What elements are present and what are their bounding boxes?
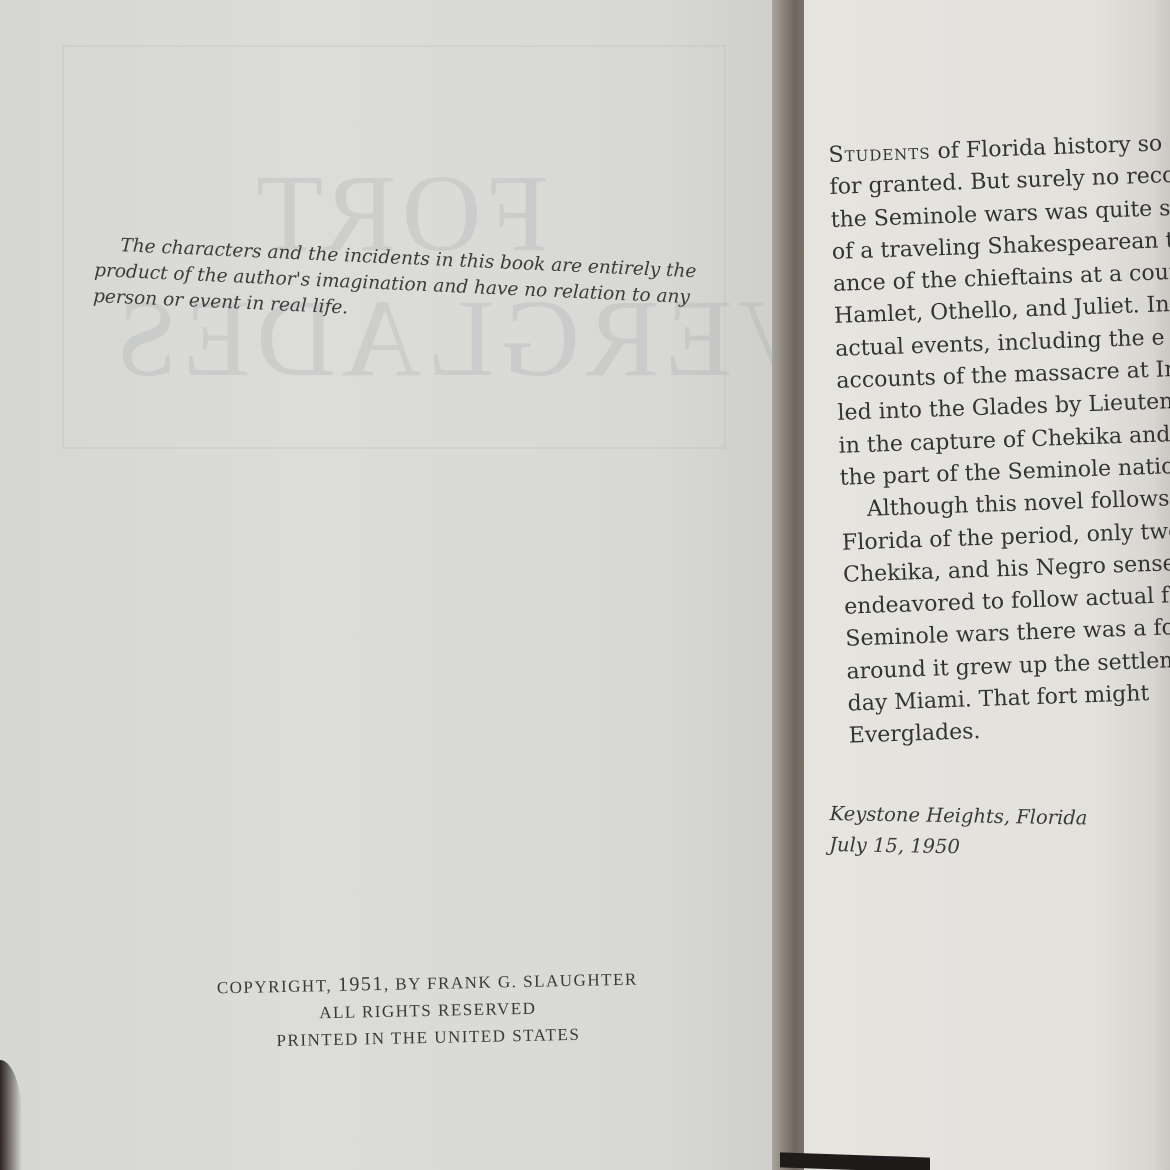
signature-date: July 15, 1950 [829, 829, 1159, 866]
right-page-content: Students of Florida history so for grant… [804, 0, 1170, 1170]
page-edge-shadow [0, 1060, 22, 1170]
copyright-prefix: COPYRIGHT, [217, 976, 338, 998]
copyright-block: COPYRIGHT, 1951, BY FRANK G. SLAUGHTER A… [212, 965, 644, 1055]
preface-text: Students of Florida history so for grant… [828, 120, 1170, 753]
copyright-year: 1951 [338, 973, 384, 996]
preface-lead-word: Students [828, 139, 931, 168]
book-gutter [772, 0, 804, 1170]
copyright-author: , BY FRANK G. SLAUGHTER [384, 970, 638, 994]
preface-signature: Keystone Heights, Florida July 15, 1950 [829, 798, 1160, 866]
left-page: FORT EVERGLADES The characters and the i… [0, 0, 772, 1170]
